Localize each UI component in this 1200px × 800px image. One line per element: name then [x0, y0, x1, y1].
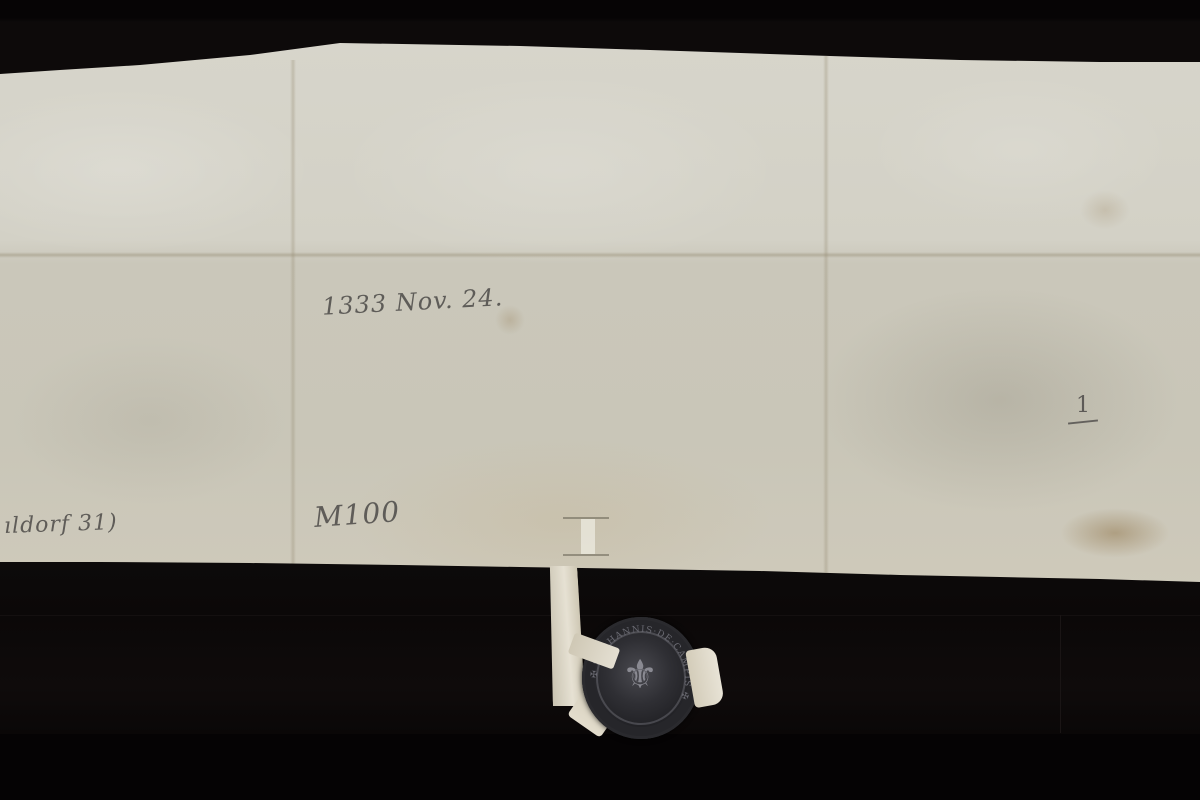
page-number-annotation: 1 [1076, 393, 1091, 418]
wax-seal: ✠ S·IOHANNIS·DE·CAMPIS ✠ ⚜ [582, 617, 700, 739]
water-stain [1060, 508, 1170, 558]
shelf-mark-annotation: M100 [313, 495, 401, 534]
seal-tag-slits [563, 517, 609, 556]
page-number-underline [1068, 419, 1098, 424]
stain-spot [1080, 190, 1130, 230]
margin-annotation: ıldorf 31) [4, 510, 118, 539]
vertical-fold-line [290, 60, 296, 565]
vertical-fold-line [823, 55, 829, 575]
date-annotation: 1333 Nov. 24. [321, 283, 504, 320]
horizontal-fold-line [0, 252, 1200, 258]
fleur-de-lis-icon: ⚜ [620, 647, 660, 703]
backdrop-seam [1060, 615, 1061, 733]
